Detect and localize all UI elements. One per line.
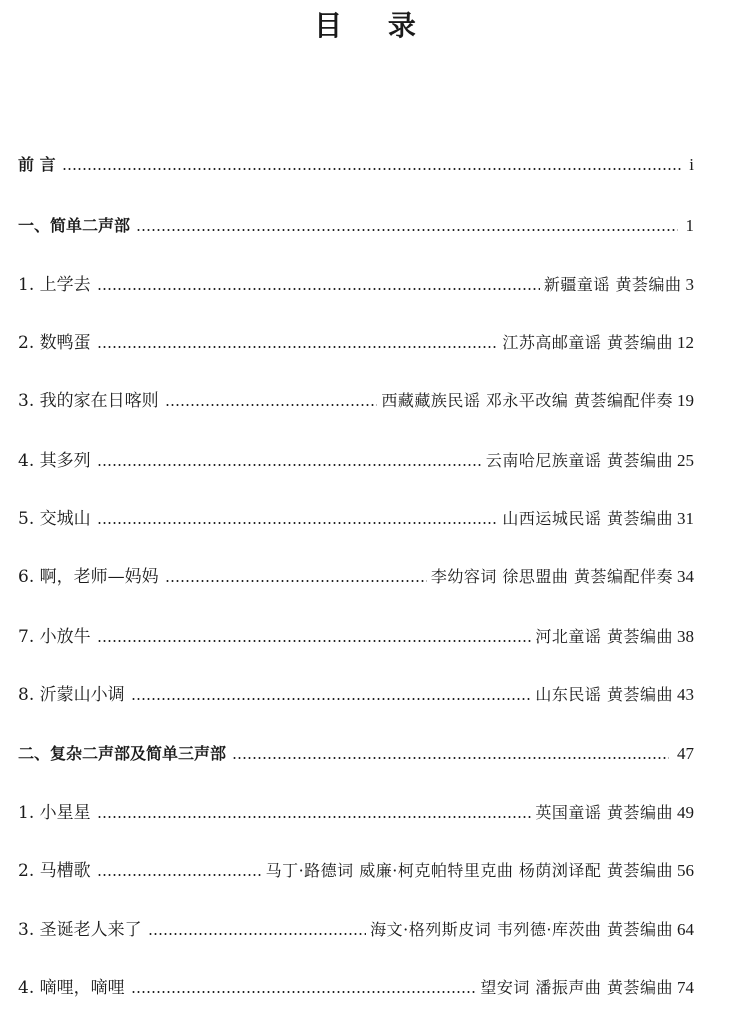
page-number: 43 [677,684,694,706]
toc-entry[interactable]: 2. 马槽歌 马丁·路德词 威廉·柯克帕特里克曲 杨荫浏译配 黄荟编曲 56 [18,856,694,882]
entry-title: 2. 数鸭蛋 [18,332,91,354]
dot-leader [131,698,532,700]
entry-title: 5. 交城山 [18,508,91,530]
toc-entry[interactable]: 4. 其多列 云南哈尼族童谣 黄荟编曲 25 [18,446,694,472]
dot-leader [131,991,477,993]
entry-credit: 西藏藏族民谣 邓永平改编 黄荟编配伴奏 [381,390,673,412]
entry-credit: 马丁·路德词 威廉·柯克帕特里克曲 杨荫浏译配 黄荟编曲 [266,860,673,882]
entry-title: 前 言 [18,154,56,176]
dot-leader [232,757,669,759]
toc-section-1[interactable]: 一、简单二声部 1 [18,211,694,237]
entry-credit: 新疆童谣 黄荟编曲 [544,274,682,296]
dot-leader [97,288,540,290]
page-number: 1 [686,215,695,237]
page-number: 74 [677,977,694,999]
entry-title: 3. 我的家在日喀则 [18,390,159,412]
dot-leader [97,816,532,818]
toc-entry[interactable]: 3. 我的家在日喀则 西藏藏族民谣 邓永平改编 黄荟编配伴奏 19 [18,386,694,412]
entry-credit: 海文·格列斯皮词 韦列德·库茨曲 黄荟编曲 [370,919,673,941]
page-number: 31 [677,508,694,530]
entry-credit: 山西运城民谣 黄荟编曲 [502,508,673,530]
dot-leader [165,580,427,582]
page-number: 19 [677,390,694,412]
title-char-1: 目 [314,4,342,44]
toc-entry[interactable]: 6. 啊，老师—妈妈 李幼容词 徐思盟曲 黄荟编配伴奏 34 [18,562,694,588]
dot-leader [62,168,682,170]
page-number: 64 [677,919,694,941]
entry-title: 2. 马槽歌 [18,860,91,882]
entry-title: 1. 上学去 [18,274,91,296]
entry-title: 一、简单二声部 [18,215,130,237]
dot-leader [97,640,532,642]
toc-section-2[interactable]: 二、复杂二声部及简单三声部 47 [18,739,694,765]
entry-title: 4. 其多列 [18,450,91,472]
toc-entry[interactable]: 2. 数鸭蛋 江苏高邮童谣 黄荟编曲 12 [18,328,694,354]
page-number: 38 [677,626,694,648]
entry-credit: 江苏高邮童谣 黄荟编曲 [502,332,673,354]
entry-credit: 云南哈尼族童谣 黄荟编曲 [486,450,673,472]
toc-entry[interactable]: 8. 沂蒙山小调 山东民谣 黄荟编曲 43 [18,680,694,706]
toc-entry[interactable]: 7. 小放牛 河北童谣 黄荟编曲 38 [18,622,694,648]
entry-title: 二、复杂二声部及简单三声部 [18,743,226,765]
dot-leader [97,346,499,348]
page-number: 56 [677,860,694,882]
entry-title: 3. 圣诞老人来了 [18,919,142,941]
page-number: 12 [677,332,694,354]
entry-credit: 李幼容词 徐思盟曲 黄荟编配伴奏 [431,566,673,588]
dot-leader [136,229,677,231]
entry-title: 6. 啊，老师—妈妈 [18,566,159,588]
page-number: 34 [677,566,694,588]
toc-entry[interactable]: 3. 圣诞老人来了 海文·格列斯皮词 韦列德·库茨曲 黄荟编曲 64 [18,915,694,941]
page-number: 3 [686,274,695,296]
entry-title: 8. 沂蒙山小调 [18,684,125,706]
toc-entry-preface[interactable]: 前 言 i [18,150,694,176]
toc-entry[interactable]: 5. 交城山 山西运城民谣 黄荟编曲 31 [18,504,694,530]
title-char-2: 录 [388,4,416,44]
entry-title: 4. 嘀哩，嘀哩 [18,977,125,999]
page-number: 25 [677,450,694,472]
dot-leader [165,404,378,406]
toc-entry[interactable]: 4. 嘀哩，嘀哩 望安词 潘振声曲 黄荟编曲 74 [18,973,694,999]
dot-leader [97,522,499,524]
entry-credit: 望安词 潘振声曲 黄荟编曲 [480,977,673,999]
dot-leader [97,464,482,466]
entry-title: 7. 小放牛 [18,626,91,648]
entry-credit: 英国童谣 黄荟编曲 [535,802,673,824]
entry-credit: 河北童谣 黄荟编曲 [535,626,673,648]
entry-credit: 山东民谣 黄荟编曲 [535,684,673,706]
page-number: i [689,154,694,176]
dot-leader [148,933,367,935]
toc-entry[interactable]: 1. 上学去 新疆童谣 黄荟编曲 3 [18,270,694,296]
page-number: 49 [677,802,694,824]
page-number: 47 [677,743,694,765]
dot-leader [97,874,262,876]
page-title: 目 录 [0,4,730,44]
toc-entry[interactable]: 1. 小星星 英国童谣 黄荟编曲 49 [18,798,694,824]
entry-title: 1. 小星星 [18,802,91,824]
